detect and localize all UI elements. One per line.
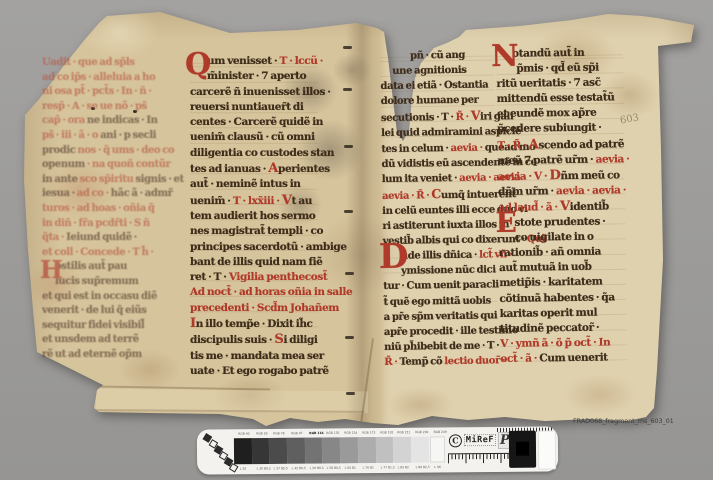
manuscript-line: T · R̃ · Ascendo ad patrẽ bbox=[497, 136, 624, 154]
manuscript-line: et unsdem ad terrẽ bbox=[42, 333, 192, 348]
illuminated-initial: H bbox=[40, 258, 62, 282]
cm-ruler bbox=[448, 453, 518, 465]
text-column-verso-a: Uadit · que ad sp̃lsad co ip̃s · allelui… bbox=[42, 56, 192, 362]
manuscript-line: aut̃ mutuã in uob̃ bbox=[499, 260, 626, 277]
manuscript-line: openum · na quoñ contũr bbox=[42, 158, 192, 173]
manuscript-line: sequitur fidei visibil̃ bbox=[42, 319, 192, 334]
manuscript-line: in ante sco sp̃iritu signis · et bbox=[42, 173, 192, 188]
manuscript-line: discipulis suis · Si diligi bbox=[190, 332, 318, 348]
manuscript-line: rationib̃ · añ omnia bbox=[499, 244, 626, 261]
manuscript-line: secutionis · T · R̃ · Viri gali bbox=[381, 108, 495, 127]
manuscript-line: et coll · Concede · T h̃ · bbox=[42, 246, 192, 261]
grayscale-patch: RGB 135L 58 B0,5 bbox=[322, 428, 340, 473]
manuscript-line: karitas operit mul bbox=[500, 305, 627, 322]
manuscript-line: ps̃ · iii · ã · o ani · p secli bbox=[42, 129, 192, 144]
manuscript-line: aevia · R̃ · Cumq̃ intuerent̃ bbox=[382, 185, 496, 204]
manuscript-line: In illo temp̃e · Dixit ih̃c bbox=[190, 316, 318, 332]
manuscript-line: tes in celum · aevia · quead mo bbox=[381, 140, 495, 157]
c-roundel-logo: C bbox=[449, 434, 462, 447]
illuminated-initial: D bbox=[379, 240, 409, 274]
manuscript-line: mittendũ esse testat̃ũ bbox=[497, 91, 624, 108]
manuscript-line: et eundẽ mox ap̃re bbox=[497, 106, 624, 123]
manuscript-line: in celũ euntes illi ecce duo vi bbox=[382, 202, 496, 219]
manuscript-line: une agnitionis bbox=[380, 63, 494, 80]
manuscript-line: lucis sup̃remum bbox=[42, 275, 192, 290]
manuscript-line: dñm ur̃m · aevia · aevia · bbox=[498, 183, 625, 200]
manuscript-line: R̃ · Temp̃ cõ lectio duor̃ · bbox=[384, 353, 498, 370]
grayscale-patch: RGB 173L 70 B1 bbox=[358, 428, 376, 473]
sewing-hole bbox=[343, 46, 352, 49]
manuscript-line: principes sacerdotũ · ambige bbox=[190, 240, 318, 255]
manuscript-line: V · ymñ ã · õ p̃ oct̃ · In bbox=[500, 335, 627, 352]
manuscript-line: apr̃e procedit · ille testimo bbox=[384, 323, 498, 340]
manuscript-line: carcerẽ ñ inuenisset illos · bbox=[190, 85, 318, 100]
manuscript-line: niũ ph̃ibebit de me · T · bbox=[384, 338, 498, 355]
illuminated-initial: Q bbox=[185, 50, 211, 80]
manuscript-line: iesua · ad co · hãc ã · admr̃ bbox=[42, 187, 192, 202]
sewing-hole bbox=[346, 392, 355, 395]
patch-label: RGB 249 bbox=[434, 431, 442, 434]
manuscript-line: aut̃ · neminẽ intus in bbox=[190, 177, 318, 192]
manuscript-line: nes magistrat̃ templi · co bbox=[190, 224, 318, 239]
manuscript-line: precedenti · Scd̃m Johañem bbox=[190, 301, 318, 316]
manuscript-line: uate · Et ego rogabo patrẽ bbox=[190, 364, 318, 379]
calibration-strip: RGB 40L 20RGB 59L 30 B0,5RGB 78L 37 B0,5… bbox=[197, 426, 558, 474]
sewing-hole bbox=[344, 145, 353, 148]
manuscript-line: turos · ad hoas · oñia q̃ bbox=[42, 202, 192, 217]
grayscale-patch: RGB 230L 89 B2,5 bbox=[411, 428, 429, 473]
grayscale-patch: RGB 211L 83 B2 bbox=[393, 428, 411, 473]
manuscript-line: cap̃ · ora ne indicas · In bbox=[42, 114, 192, 129]
sewing-hole bbox=[344, 210, 353, 213]
white-patch bbox=[538, 430, 556, 469]
manuscript-line: meũ 7 patrẽ ur̃m · aevia · bbox=[497, 152, 624, 169]
manuscript-line: ni osa pt̃ · pct̃s · In · ñ · bbox=[42, 85, 192, 100]
manuscript-line: metip̃is · karitatem bbox=[499, 275, 626, 292]
manuscript-line: tur · Cum uenit paracli bbox=[383, 278, 497, 295]
manuscript-line: ad co ip̃s · alleluia a ho bbox=[42, 71, 192, 86]
grayscale-patch: RGB 154L 64 B1 bbox=[340, 428, 358, 473]
manuscript-line: centes · Carcerẽ quidẽ in bbox=[190, 115, 318, 130]
manuscript-line: uenim̃ · T · lxx̃iii · Vt au bbox=[190, 193, 318, 209]
manuscript-line: diligentia co custodes stan bbox=[190, 146, 318, 161]
manuscript-line: ad laud̃ · ã · Videntib̃ bbox=[498, 198, 625, 216]
manuscript-line: uenim̃ clausũ · cũ omni bbox=[190, 130, 318, 145]
manuscript-line: lei quid admiramini aspiciẽ bbox=[381, 125, 495, 142]
sewing-hole bbox=[345, 336, 354, 339]
manuscript-line: prodic nos · q̃ ums · deo co bbox=[42, 144, 192, 159]
manuscript-line: oct̃ · ã · Cum uenerit bbox=[500, 350, 627, 367]
grayscale-patch: RGB 59L 30 B0,5 bbox=[251, 429, 269, 474]
manuscript-line: stote prudentes · bbox=[498, 214, 625, 231]
black-reference-patch bbox=[509, 431, 536, 468]
white-reference-patch: RGB 249 L 96 bbox=[430, 427, 445, 470]
text-column-recto-b: otandũ aut̃ inp̃mis · qd̃ eũ sp̃iritũ ue… bbox=[496, 45, 627, 367]
photo-stage: Uadit · que ad sp̃lsad co ip̃s · allelui… bbox=[0, 0, 713, 480]
manuscript-line: ritũ ueritatis · 7 asc̃ bbox=[496, 75, 623, 92]
manuscript-line: tis me · mandata mea ser bbox=[190, 349, 318, 364]
manuscript-line: resp̃ · A · se ue nõ · ps̃ bbox=[42, 100, 192, 115]
grayscale-patch: RGB 78L 37 B0,5 bbox=[269, 429, 287, 474]
manuscript-line: in diñ · fr̃a pcdr̃ti · S ñ bbox=[42, 217, 192, 232]
manuscript-line: tes ad ianuas · Aperientes bbox=[190, 161, 318, 177]
manuscript-line: data ei etiã · Ostantia bbox=[380, 78, 494, 95]
manuscript-line: ri astiterunt iuxta illos in bbox=[382, 217, 496, 234]
grayscale-patch: RGB 192L 77 B1,5 bbox=[375, 428, 393, 473]
manuscript-line: et qui est in occasu diẽ bbox=[42, 290, 192, 305]
text-column-recto-a: pñ · cũ angune agnitionisdata ei etiã · … bbox=[380, 47, 498, 370]
manuscript-line: ret · T · Vigilia penthecost̃ bbox=[190, 270, 318, 285]
manuscript-line: reuersi nuntiauer̃t di bbox=[190, 100, 318, 115]
text-column-verso-b: um venisset · T · lccü ·m̃inister · 7 ap… bbox=[190, 54, 318, 379]
patch-label: L 96 bbox=[434, 466, 442, 469]
manuscript-line: a pr̃e sp̃m veritatis qui bbox=[384, 308, 498, 325]
manuscript-line: lum ita veniet · aevia · aevia · bbox=[382, 170, 496, 187]
manuscript-line: Ad noct̃ · ad horas oñia in salle bbox=[190, 285, 318, 300]
target-logos: C MiReF P bbox=[449, 432, 517, 449]
manuscript-line: pñ · cũ ang bbox=[380, 47, 494, 64]
sewing-hole bbox=[345, 272, 354, 275]
grayscale-patch-row: RGB 40L 20RGB 59L 30 B0,5RGB 78L 37 B0,5… bbox=[234, 428, 429, 475]
manuscript-line: dũ vidistis eũ ascendentẽ in ce bbox=[382, 155, 496, 172]
manuscript-line: ostilis aut̃ pau bbox=[42, 260, 192, 275]
grayscale-patch: RGB 116L 50 B0,5 bbox=[305, 428, 323, 473]
illuminated-initial: E bbox=[495, 209, 516, 237]
illuminated-initial: N bbox=[491, 42, 518, 72]
manuscript-line: cõtinuã habentes · q̃a bbox=[499, 290, 626, 307]
resolution-target-marks bbox=[202, 432, 234, 472]
manuscript-line: co uigilate in o bbox=[499, 229, 626, 246]
manuscript-line: aevia · V · Dñm meũ co bbox=[498, 167, 625, 185]
grayscale-patch: RGB 97L 45 B0,5 bbox=[287, 429, 305, 474]
manuscript-line: bant de illis quid nam fiẽ bbox=[190, 255, 318, 270]
grayscale-patch: RGB 40L 20 bbox=[234, 429, 252, 474]
manuscript-line: p̃cedere subiungit · bbox=[497, 121, 624, 138]
manuscript-line: titudinẽ peccator̃ · bbox=[500, 320, 627, 337]
miref-logo-text: MiReF bbox=[464, 434, 496, 446]
manuscript-line: tem audierit hos sermo bbox=[190, 209, 318, 224]
image-filename-caption: FRAD068_fragment_ms_603_01 bbox=[573, 417, 674, 425]
manuscript-line: Uadit · que ad sp̃ls bbox=[42, 56, 192, 71]
manuscript-line: dolore humane per bbox=[381, 93, 495, 110]
sewing-hole bbox=[343, 88, 352, 91]
manuscript-line: t̃ quẽ ego mittã uobis bbox=[383, 293, 497, 310]
manuscript-line: rẽ ut ad eternẽ op̃m bbox=[42, 348, 192, 363]
manuscript-line: venerit · de lui q̃ eiũs bbox=[42, 304, 192, 319]
manuscript-line: q̃ta · Ieiund quidẽ · bbox=[42, 231, 192, 246]
